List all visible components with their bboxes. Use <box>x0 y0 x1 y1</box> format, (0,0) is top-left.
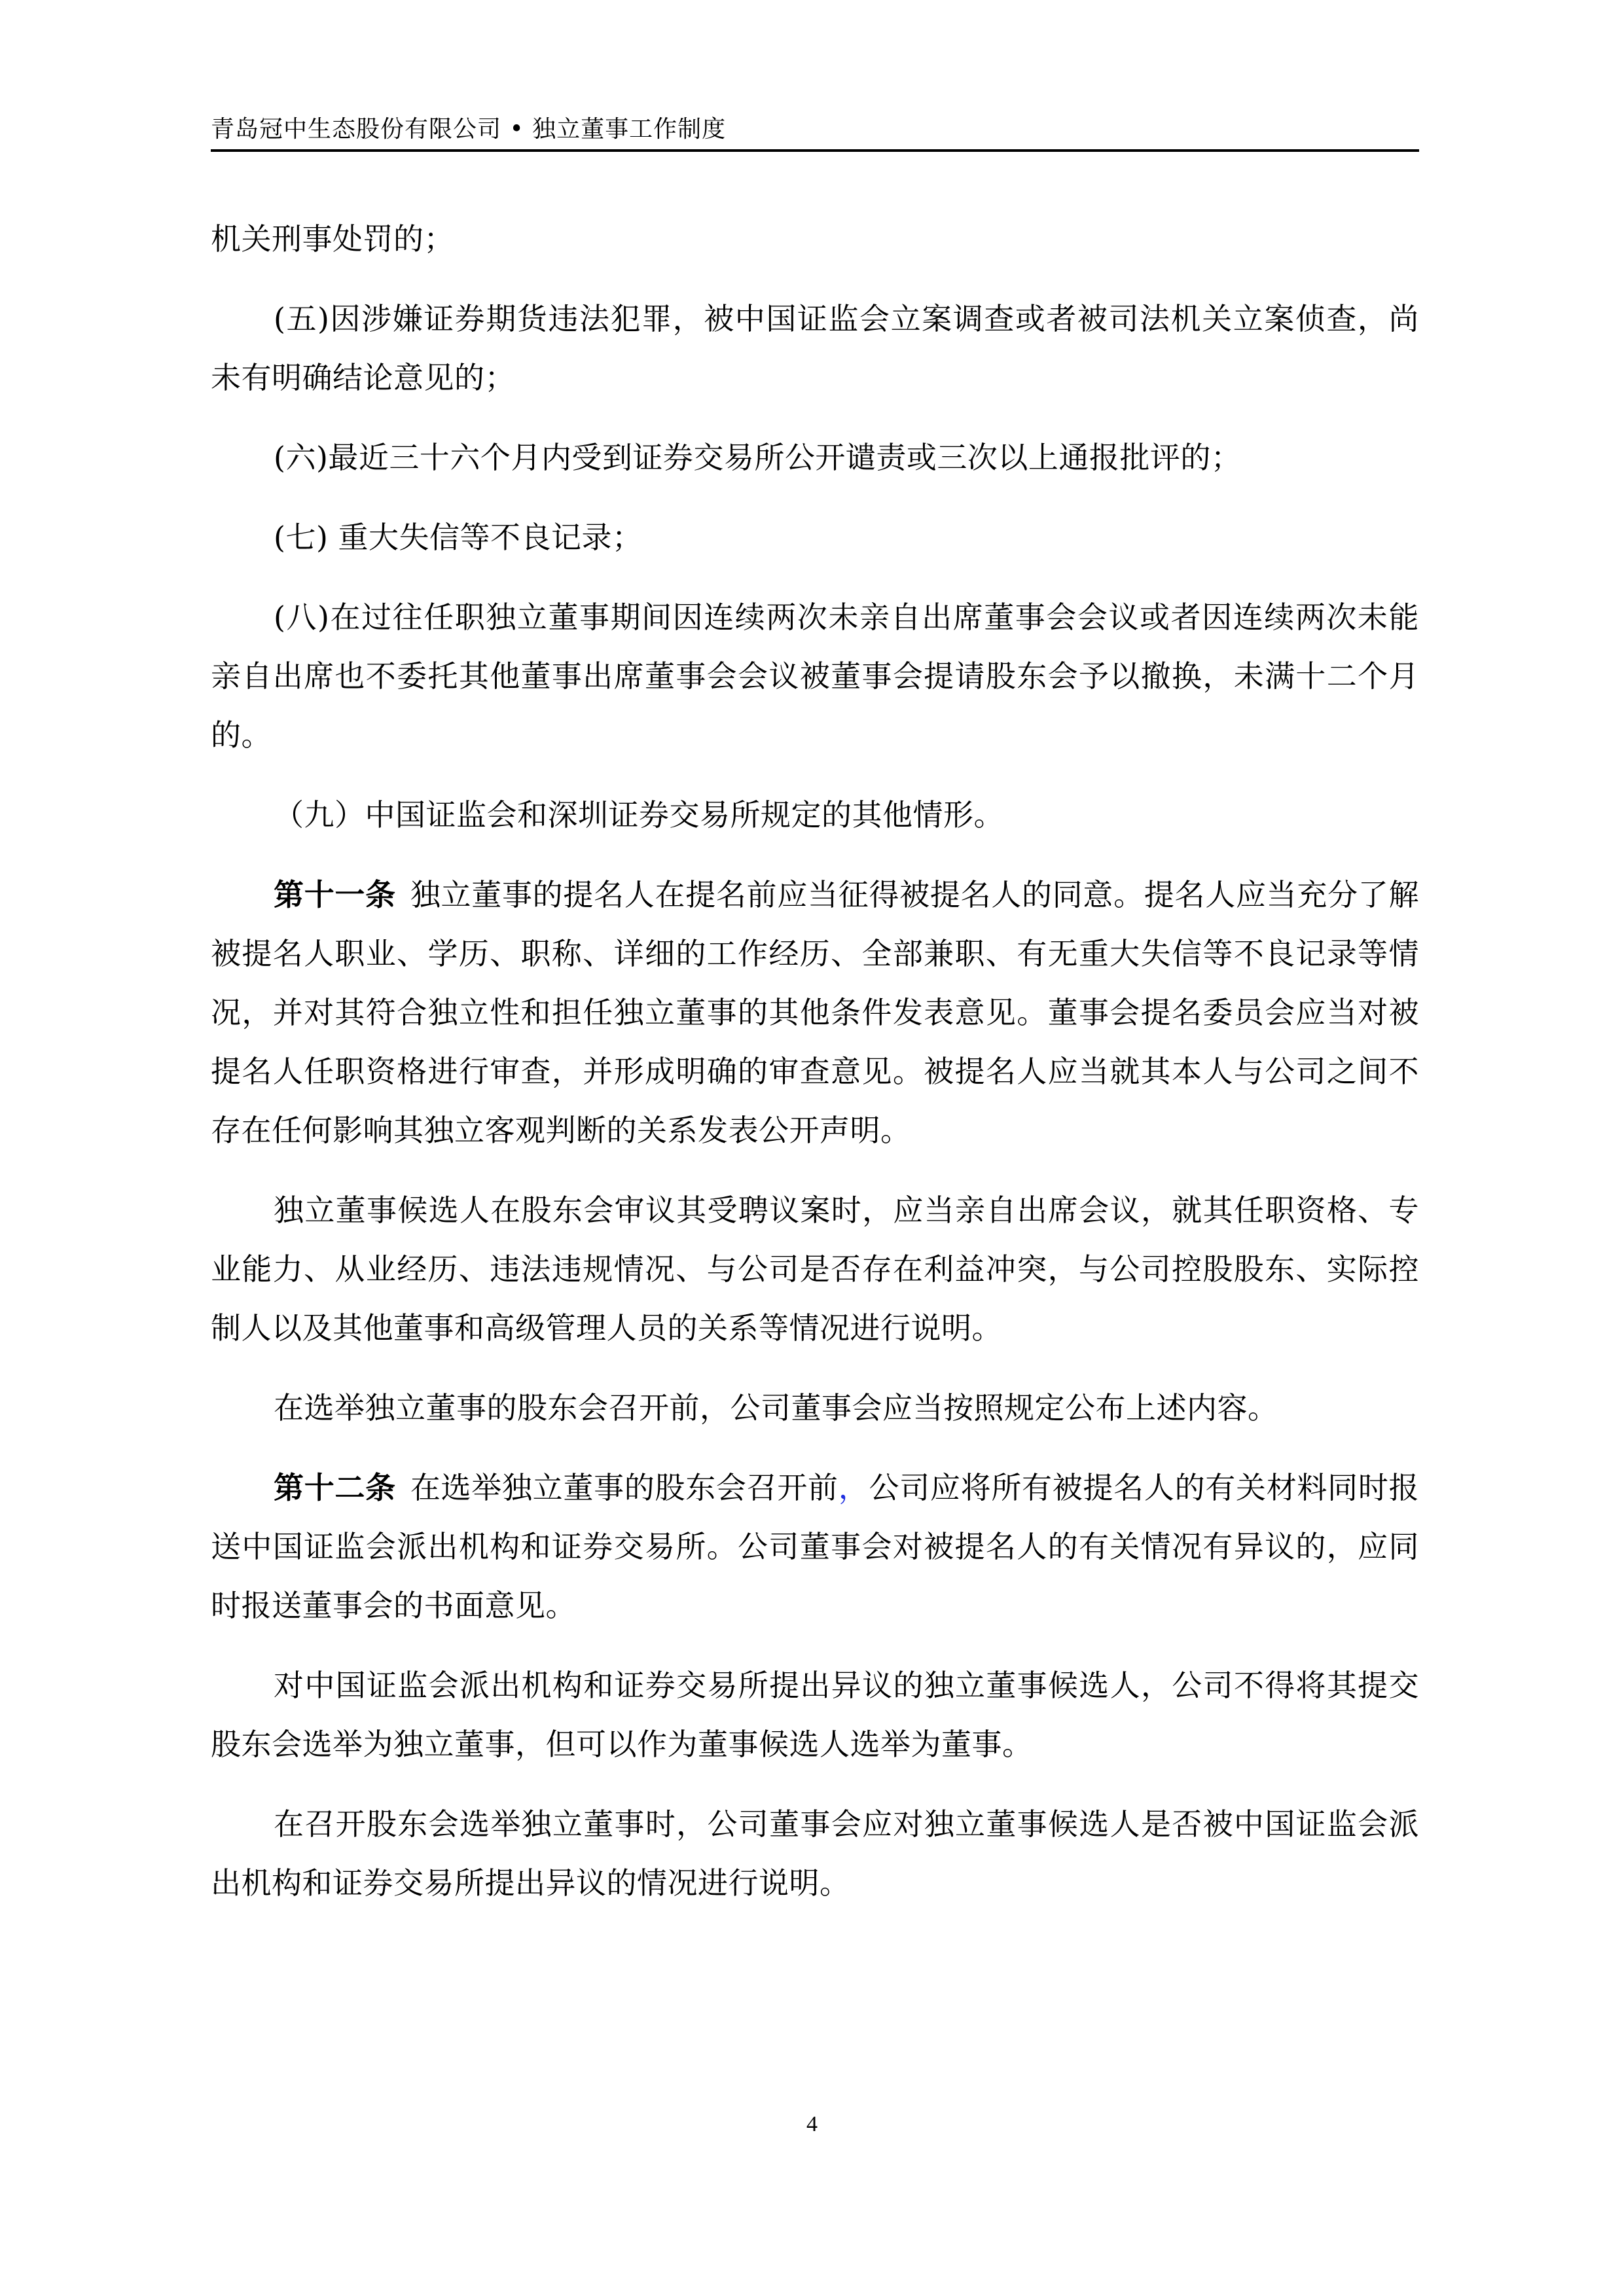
article-11-paragraph-1: 第十一条独立董事的提名人在提名前应当征得被提名人的同意。提名人应当充分了解被提名… <box>211 865 1419 1160</box>
article-12-heading: 第十二条 <box>274 1470 396 1505</box>
paragraph-item-7: (七) 重大失信等不良记录； <box>211 508 1419 567</box>
article-11-paragraph-2: 独立董事候选人在股东会审议其受聘议案时，应当亲自出席会议，就其任职资格、专业能力… <box>211 1181 1419 1357</box>
article-11-paragraph-3: 在选举独立董事的股东会召开前，公司董事会应当按照规定公布上述内容。 <box>211 1378 1419 1437</box>
header-divider <box>211 149 1419 152</box>
paragraph-item-9: （九）中国证监会和深圳证券交易所规定的其他情形。 <box>211 785 1419 844</box>
highlighted-comma: ， <box>839 1470 869 1505</box>
document-body: 机关刑事处罚的； (五)因涉嫌证券期货违法犯罪，被中国证监会立案调查或者被司法机… <box>211 209 1419 1933</box>
article-12-paragraph-3: 在召开股东会选举独立董事时，公司董事会应对独立董事候选人是否被中国证监会派出机构… <box>211 1795 1419 1912</box>
article-11-text: 独立董事的提名人在提名前应当征得被提名人的同意。提名人应当充分了解被提名人职业、… <box>211 877 1419 1148</box>
article-11-heading: 第十一条 <box>274 877 396 912</box>
page-number: 4 <box>0 2111 1624 2138</box>
paragraph-item-5: (五)因涉嫌证券期货违法犯罪，被中国证监会立案调查或者被司法机关立案侦查，尚未有… <box>211 289 1419 407</box>
article-12-text-a: 在选举独立董事的股东会召开前 <box>410 1470 839 1505</box>
paragraph-item-6: (六)最近三十六个月内受到证券交易所公开谴责或三次以上通报批评的； <box>211 428 1419 487</box>
paragraph-continuation: 机关刑事处罚的； <box>211 209 1419 268</box>
page-header: 青岛冠中生态股份有限公司 • 独立董事工作制度 <box>211 113 1419 151</box>
document-header-title: 青岛冠中生态股份有限公司 • 独立董事工作制度 <box>211 117 726 143</box>
paragraph-item-8: (八)在过往任职独立董事期间因连续两次未亲自出席董事会会议或者因连续两次未能亲自… <box>211 588 1419 764</box>
article-12-paragraph-1: 第十二条在选举独立董事的股东会召开前，公司应将所有被提名人的有关材料同时报送中国… <box>211 1458 1419 1635</box>
article-12-paragraph-2: 对中国证监会派出机构和证券交易所提出异议的独立董事候选人，公司不得将其提交股东会… <box>211 1656 1419 1774</box>
